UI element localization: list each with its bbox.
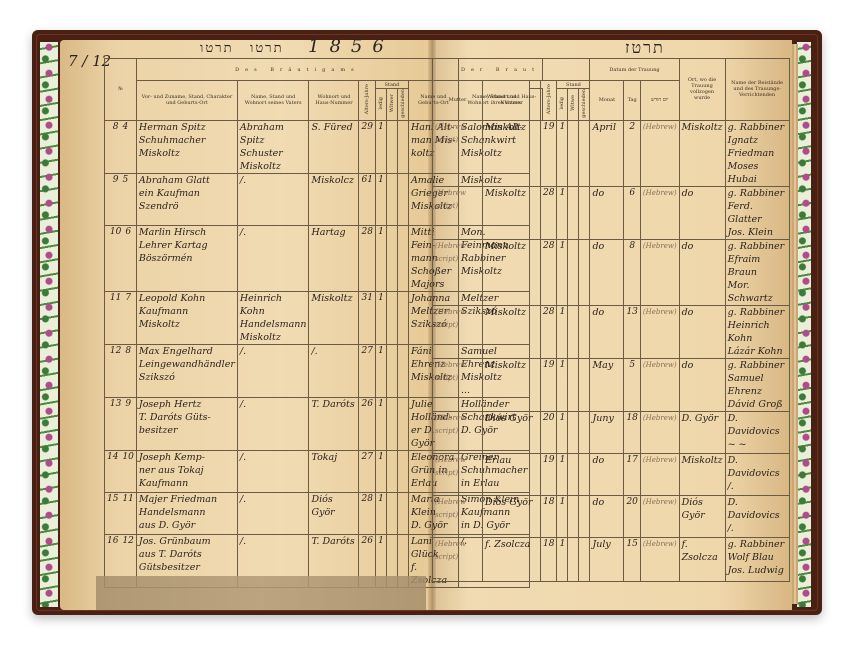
bride-single: 1 [557,120,568,186]
bride-age: 28 [541,239,557,305]
groom-father: /. [237,344,309,397]
groom-name: Abraham Glatt ein Kaufman Szendrö [136,173,237,225]
witnesses: g. Rabbiner Samuel Ehrenz Dávid Groß [725,358,789,411]
bride-widow [568,239,579,305]
col-number: № [105,59,137,121]
bride-residence: Diós Györ [483,411,541,453]
sequence-number: 8 [125,346,131,356]
bride-single: 1 [557,239,568,305]
col-bride-single: ledig [559,97,565,110]
sequence-number: 10 [122,452,133,462]
marriage-month: do [590,239,624,305]
floral-endpaper-right [797,42,811,607]
bride-widow [568,305,579,358]
groom-widower [386,225,397,291]
groom-residence: /. [309,344,359,397]
bride-divorced [579,358,590,411]
sequence-number: 12 [122,536,133,546]
groom-residence: Miskoltz [309,291,359,344]
table-row: (Hebrew script)Miskoltz281do6(Hebrew)dog… [433,186,790,239]
marriage-place: do [679,186,725,239]
groom-divorced [397,450,408,492]
sequence-number: 7 [125,293,131,303]
bride-divorced [579,453,590,495]
register-number: 14 [107,452,118,462]
groom-father: Heinrich Kohn Handelsmann Miskoltz [237,291,309,344]
col-bride-divorced: geschieden [581,89,587,118]
marriage-place: f. Zsolcza [679,537,725,581]
sequence-number: 9 [125,399,131,409]
groom-widower [386,344,397,397]
table-row: (Hebrew script)Miskoltz281do13(Hebrew)do… [433,305,790,358]
col-place: Ort, wo die Trauung vollzogen wurde [679,59,725,121]
marriage-month: Juny [590,411,624,453]
hebrew-year-2: תרטו [250,40,284,56]
marriage-day: 20 [624,495,640,537]
groom-widower [386,492,397,534]
bride-mother: (Hebrew script) [433,537,483,581]
marriage-month: July [590,537,624,581]
groom-divorced [397,120,408,173]
bride-residence: Diós Györ [483,495,541,537]
bride-single: 1 [557,305,568,358]
groom-divorced [397,492,408,534]
groom-single: 1 [375,397,386,450]
bride-widow [568,453,579,495]
col-day: Tag [624,81,640,121]
witnesses: D. Davidovics /. [725,453,789,495]
witnesses: g. Rabbiner Heinrich Kohn Lázár Kohn [725,305,789,358]
table-row: (Hebrew script)Erlau191do17(Hebrew)Misko… [433,453,790,495]
groom-single: 1 [375,450,386,492]
groom-name: Majer Friedman Handelsmann aus D. Györ [136,492,237,534]
year: 1856 [308,36,394,57]
marriage-month: do [590,495,624,537]
groom-age: 28 [359,225,375,291]
bride-divorced [579,305,590,358]
bride-divorced [579,186,590,239]
register-number: 11 [110,293,121,303]
hebrew-year-right: תרטז [625,38,665,58]
groom-age: 27 [359,344,375,397]
bride-mother: (Hebrew script) [433,411,483,453]
bride-mother: (Hebrew script) [433,453,483,495]
groom-single: 1 [375,344,386,397]
groom-name: Leopold Kohn Kaufmann Miskoltz [136,291,237,344]
hebrew-date: (Hebrew) [640,411,679,453]
hebrew-date: (Hebrew) [640,453,679,495]
bride-widow [568,537,579,581]
witnesses: g. Rabbiner Wolf Blau Jos. Ludwig [725,537,789,581]
groom-age: 28 [359,492,375,534]
groom-father: /. [237,450,309,492]
groom-widower [386,173,397,225]
register-number: 15 [107,494,118,504]
marriage-day: 5 [624,358,640,411]
groom-divorced [397,225,408,291]
bride-widow [568,495,579,537]
bride-age: 19 [541,358,557,411]
bride-divorced [579,239,590,305]
bride-divorced [579,537,590,581]
groom-name: Joseph Hertz T. Daróts Güts- besitzer [136,397,237,450]
sequence-number: 4 [122,122,128,132]
table-row: (Hebrew script)Diós Györ181do20(Hebrew)D… [433,495,790,537]
hebrew-date: (Hebrew) [640,239,679,305]
marriage-place: D. Györ [679,411,725,453]
table-row: (Hebrew script)Diós Györ201Juny18(Hebrew… [433,411,790,453]
table-row: (Hebrew script)f. Zsolcza181July15(Hebre… [433,537,790,581]
bride-residence: Miskoltz [483,305,541,358]
bride-age: 18 [541,537,557,581]
groom-name: Joseph Kemp- ner aus Tokaj Kaufmann [136,450,237,492]
register-number: 9 [113,175,119,185]
bride-age: 28 [541,305,557,358]
groom-widower [386,120,397,173]
register-number: 8 [113,122,119,132]
bride-divorced [579,411,590,453]
marriage-place: do [679,305,725,358]
marriage-month: April [590,120,624,186]
marriage-place: Miskoltz [679,453,725,495]
col-witnesses: Name der Beistände und des Trauungs-Verr… [725,59,789,121]
bride-age: 19 [541,453,557,495]
groom-single: 1 [375,173,386,225]
witnesses: D. Davidovics ~ ~ [725,411,789,453]
marriage-month: May [590,358,624,411]
col-hebrew-date: יום חודש [640,81,679,121]
entry-number: 1511 [105,492,137,534]
bride-divorced [579,120,590,186]
groom-divorced [397,291,408,344]
groom-widower [386,450,397,492]
witnesses: g. Rabbiner Ferd. Glatter Jos. Klein [725,186,789,239]
bride-age: 19 [541,120,557,186]
entry-number: 95 [105,173,137,225]
groom-name: Max Engelhard Leingewandhändler Szikszó [136,344,237,397]
bride-single: 1 [557,411,568,453]
hebrew-date: (Hebrew) [640,358,679,411]
groom-father: /. [237,397,309,450]
bride-residence: Erlau [483,453,541,495]
sequence-number: 6 [125,227,131,237]
register-table-right: Datum der Trauung Ort, wo die Trauung vo… [432,58,790,582]
entry-number: 117 [105,291,137,344]
groom-age: 31 [359,291,375,344]
register-number: 10 [110,227,121,237]
col-bride-mother: Mutter [433,81,483,121]
bride-residence: f. Zsolcza [483,537,541,581]
entry-number: 139 [105,397,137,450]
bride-residence: Miskoltz [483,120,541,186]
bride-mother: (Hebrew script) [433,358,483,411]
groom-widower [386,291,397,344]
groom-residence: Miskolcz [309,173,359,225]
groom-age: 27 [359,450,375,492]
col-month: Monat [590,81,624,121]
groom-single: 1 [375,120,386,173]
groom-father: /. [237,492,309,534]
groom-residence: T. Daróts [309,397,359,450]
bride-widow [568,186,579,239]
groom-single: 1 [375,492,386,534]
col-groom-divorced: geschieden [400,89,406,118]
col-groom-stand: Stand [375,81,408,89]
groom-age: 29 [359,120,375,173]
bride-age: 20 [541,411,557,453]
bride-single: 1 [557,358,568,411]
bride-widow [568,358,579,411]
bride-age: 18 [541,495,557,537]
table-row: (Hebrew script)Miskoltz191April2(Hebrew)… [433,120,790,186]
groom-single: 1 [375,291,386,344]
groom-name: Marlin Hirsch Lehrer Kartag Böszörmén [136,225,237,291]
bride-residence: Miskoltz [483,186,541,239]
marriage-place: do [679,239,725,305]
register-number: 13 [110,399,121,409]
entry-number: 106 [105,225,137,291]
groom-divorced [397,397,408,450]
col-groom-father: Name, Stand und Wohnort seines Vaters [237,81,309,121]
bride-residence: Miskoltz [483,239,541,305]
hebrew-date: (Hebrew) [640,495,679,537]
col-groom-age: Alters-Jahre [364,84,370,114]
hebrew-year-1: תרטו [200,40,234,56]
sequence-number: 11 [122,494,133,504]
register-number: 16 [107,536,118,546]
groom-residence: Diós Györ [309,492,359,534]
groom-age: 26 [359,397,375,450]
marriage-place: do [679,358,725,411]
marriage-month: do [590,305,624,358]
hebrew-date: (Hebrew) [640,186,679,239]
marriage-month: do [590,453,624,495]
marriage-day: 17 [624,453,640,495]
col-bride-stand: Stand [557,81,590,89]
bride-mother: (Hebrew script) [433,239,483,305]
groom-father: Abraham Spitz Schuster Miskoltz [237,120,309,173]
col-bride-widow: Witwe [570,95,576,111]
witnesses: g. Rabbiner Ignatz Friedman Moses Hubai [725,120,789,186]
register-number: 12 [110,346,121,356]
marriage-day: 13 [624,305,640,358]
groom-residence: S. Füred [309,120,359,173]
bride-mother: (Hebrew script) [433,186,483,239]
groom-widower [386,397,397,450]
witnesses: D. Davidovics /. [725,495,789,537]
bride-widow [568,120,579,186]
col-bride-age: Alters-Jahre [546,84,552,114]
col-groom-widower: Witwer [389,94,395,112]
bride-single: 1 [557,453,568,495]
groom-single: 1 [375,225,386,291]
col-groom-single: ledig [378,97,384,110]
groom-divorced [397,344,408,397]
floral-endpaper-left [40,42,58,607]
hebrew-date: (Hebrew) [640,120,679,186]
groom-father: /. [237,225,309,291]
bride-age: 28 [541,186,557,239]
marriage-place: Diós Györ [679,495,725,537]
bride-header-cont [433,59,590,81]
entry-number: 84 [105,120,137,173]
col-groom-name: Vor- und Zuname, Stand, Charakter und Ge… [136,81,237,121]
bride-divorced [579,495,590,537]
table-row: (Hebrew script)Miskoltz191May5(Hebrew)do… [433,358,790,411]
entry-number: 128 [105,344,137,397]
col-bride-residence: Wohnort und Haus-Nummer [483,81,541,121]
groom-name: Herman Spitz Schuhmacher Miskoltz [136,120,237,173]
bride-single: 1 [557,495,568,537]
hebrew-date: (Hebrew) [640,537,679,581]
paper-stain [96,576,426,610]
marriage-day: 15 [624,537,640,581]
groom-age: 61 [359,173,375,225]
groom-father: /. [237,173,309,225]
col-groom-residence: Wohnort und Haus-Nummer [309,81,359,121]
marriage-month: do [590,186,624,239]
witnesses: g. Rabbiner Efraim Braun Mor. Schwartz [725,239,789,305]
groom-residence: Hartag [309,225,359,291]
bride-residence: Miskoltz [483,358,541,411]
bride-widow [568,411,579,453]
table-row: (Hebrew script)Miskoltz281do8(Hebrew)dog… [433,239,790,305]
bride-mother: (Hebrew script) [433,495,483,537]
hebrew-date: (Hebrew) [640,305,679,358]
marriage-day: 2 [624,120,640,186]
bride-single: 1 [557,537,568,581]
marriage-day: 6 [624,186,640,239]
marriage-day: 8 [624,239,640,305]
date-header: Datum der Trauung [590,59,679,81]
entry-number: 1410 [105,450,137,492]
groom-residence: Tokaj [309,450,359,492]
marriage-day: 18 [624,411,640,453]
bride-mother: (Hebrew script) [433,305,483,358]
groom-header: Des Bräutigams [136,59,458,81]
sequence-number: 5 [122,175,128,185]
marriage-place: Miskoltz [679,120,725,186]
bride-mother: (Hebrew script) [433,120,483,186]
bride-single: 1 [557,186,568,239]
groom-divorced [397,173,408,225]
